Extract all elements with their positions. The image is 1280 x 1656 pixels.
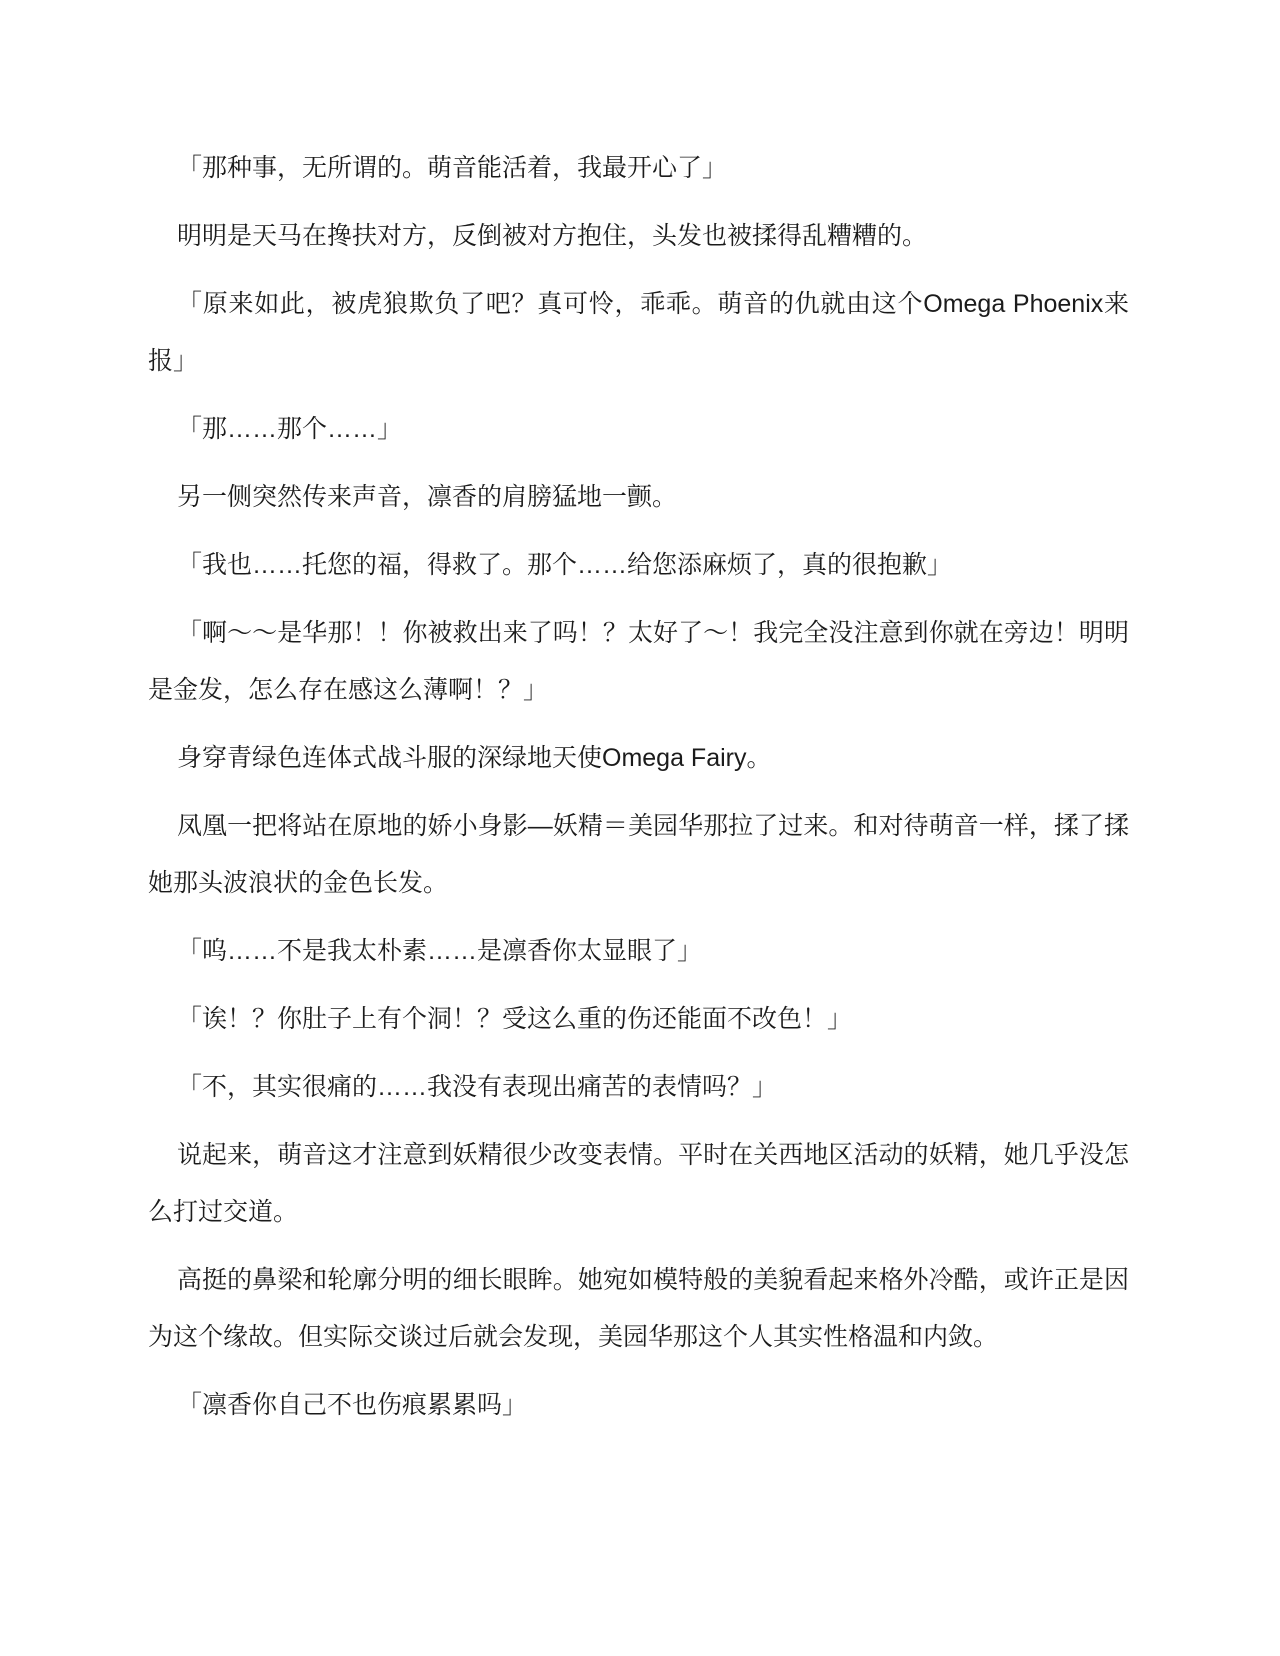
paragraph: 身穿青绿色连体式战斗服的深绿地天使Omega Fairy。 xyxy=(148,730,1129,787)
paragraph: 高挺的鼻梁和轮廓分明的细长眼眸。她宛如模特般的美貌看起来格外冷酷，或许正是因为这… xyxy=(148,1252,1129,1366)
paragraph: 「不，其实很痛的……我没有表现出痛苦的表情吗？」 xyxy=(148,1059,1129,1116)
paragraph: 凤凰一把将站在原地的娇小身影—妖精＝美园华那拉了过来。和对待萌音一样，揉了揉她那… xyxy=(148,798,1129,912)
paragraph: 「原来如此，被虎狼欺负了吧？真可怜，乖乖。萌音的仇就由这个Omega Phoen… xyxy=(148,276,1129,390)
paragraph: 「那种事，无所谓的。萌音能活着，我最开心了」 xyxy=(148,140,1129,197)
paragraph: 明明是天马在搀扶对方，反倒被对方抱住，头发也被揉得乱糟糟的。 xyxy=(148,208,1129,265)
paragraph: 「我也……托您的福，得救了。那个……给您添麻烦了，真的很抱歉」 xyxy=(148,537,1129,594)
paragraph: 另一侧突然传来声音，凛香的肩膀猛地一颤。 xyxy=(148,469,1129,526)
paragraph: 说起来，萌音这才注意到妖精很少改变表情。平时在关西地区活动的妖精，她几乎没怎么打… xyxy=(148,1127,1129,1241)
paragraph: 「啊～～是华那！！你被救出来了吗！？太好了～！我完全没注意到你就在旁边！明明是金… xyxy=(148,605,1129,719)
paragraph: 「那……那个……」 xyxy=(148,401,1129,458)
document-page: 「那种事，无所谓的。萌音能活着，我最开心了」 明明是天马在搀扶对方，反倒被对方抱… xyxy=(0,0,1280,1656)
paragraph: 「诶！？你肚子上有个洞！？受这么重的伤还能面不改色！」 xyxy=(148,991,1129,1048)
novel-text-block: 「那种事，无所谓的。萌音能活着，我最开心了」 明明是天马在搀扶对方，反倒被对方抱… xyxy=(148,140,1129,1445)
paragraph: 「凛香你自己不也伤痕累累吗」 xyxy=(148,1377,1129,1434)
paragraph: 「呜……不是我太朴素……是凛香你太显眼了」 xyxy=(148,923,1129,980)
